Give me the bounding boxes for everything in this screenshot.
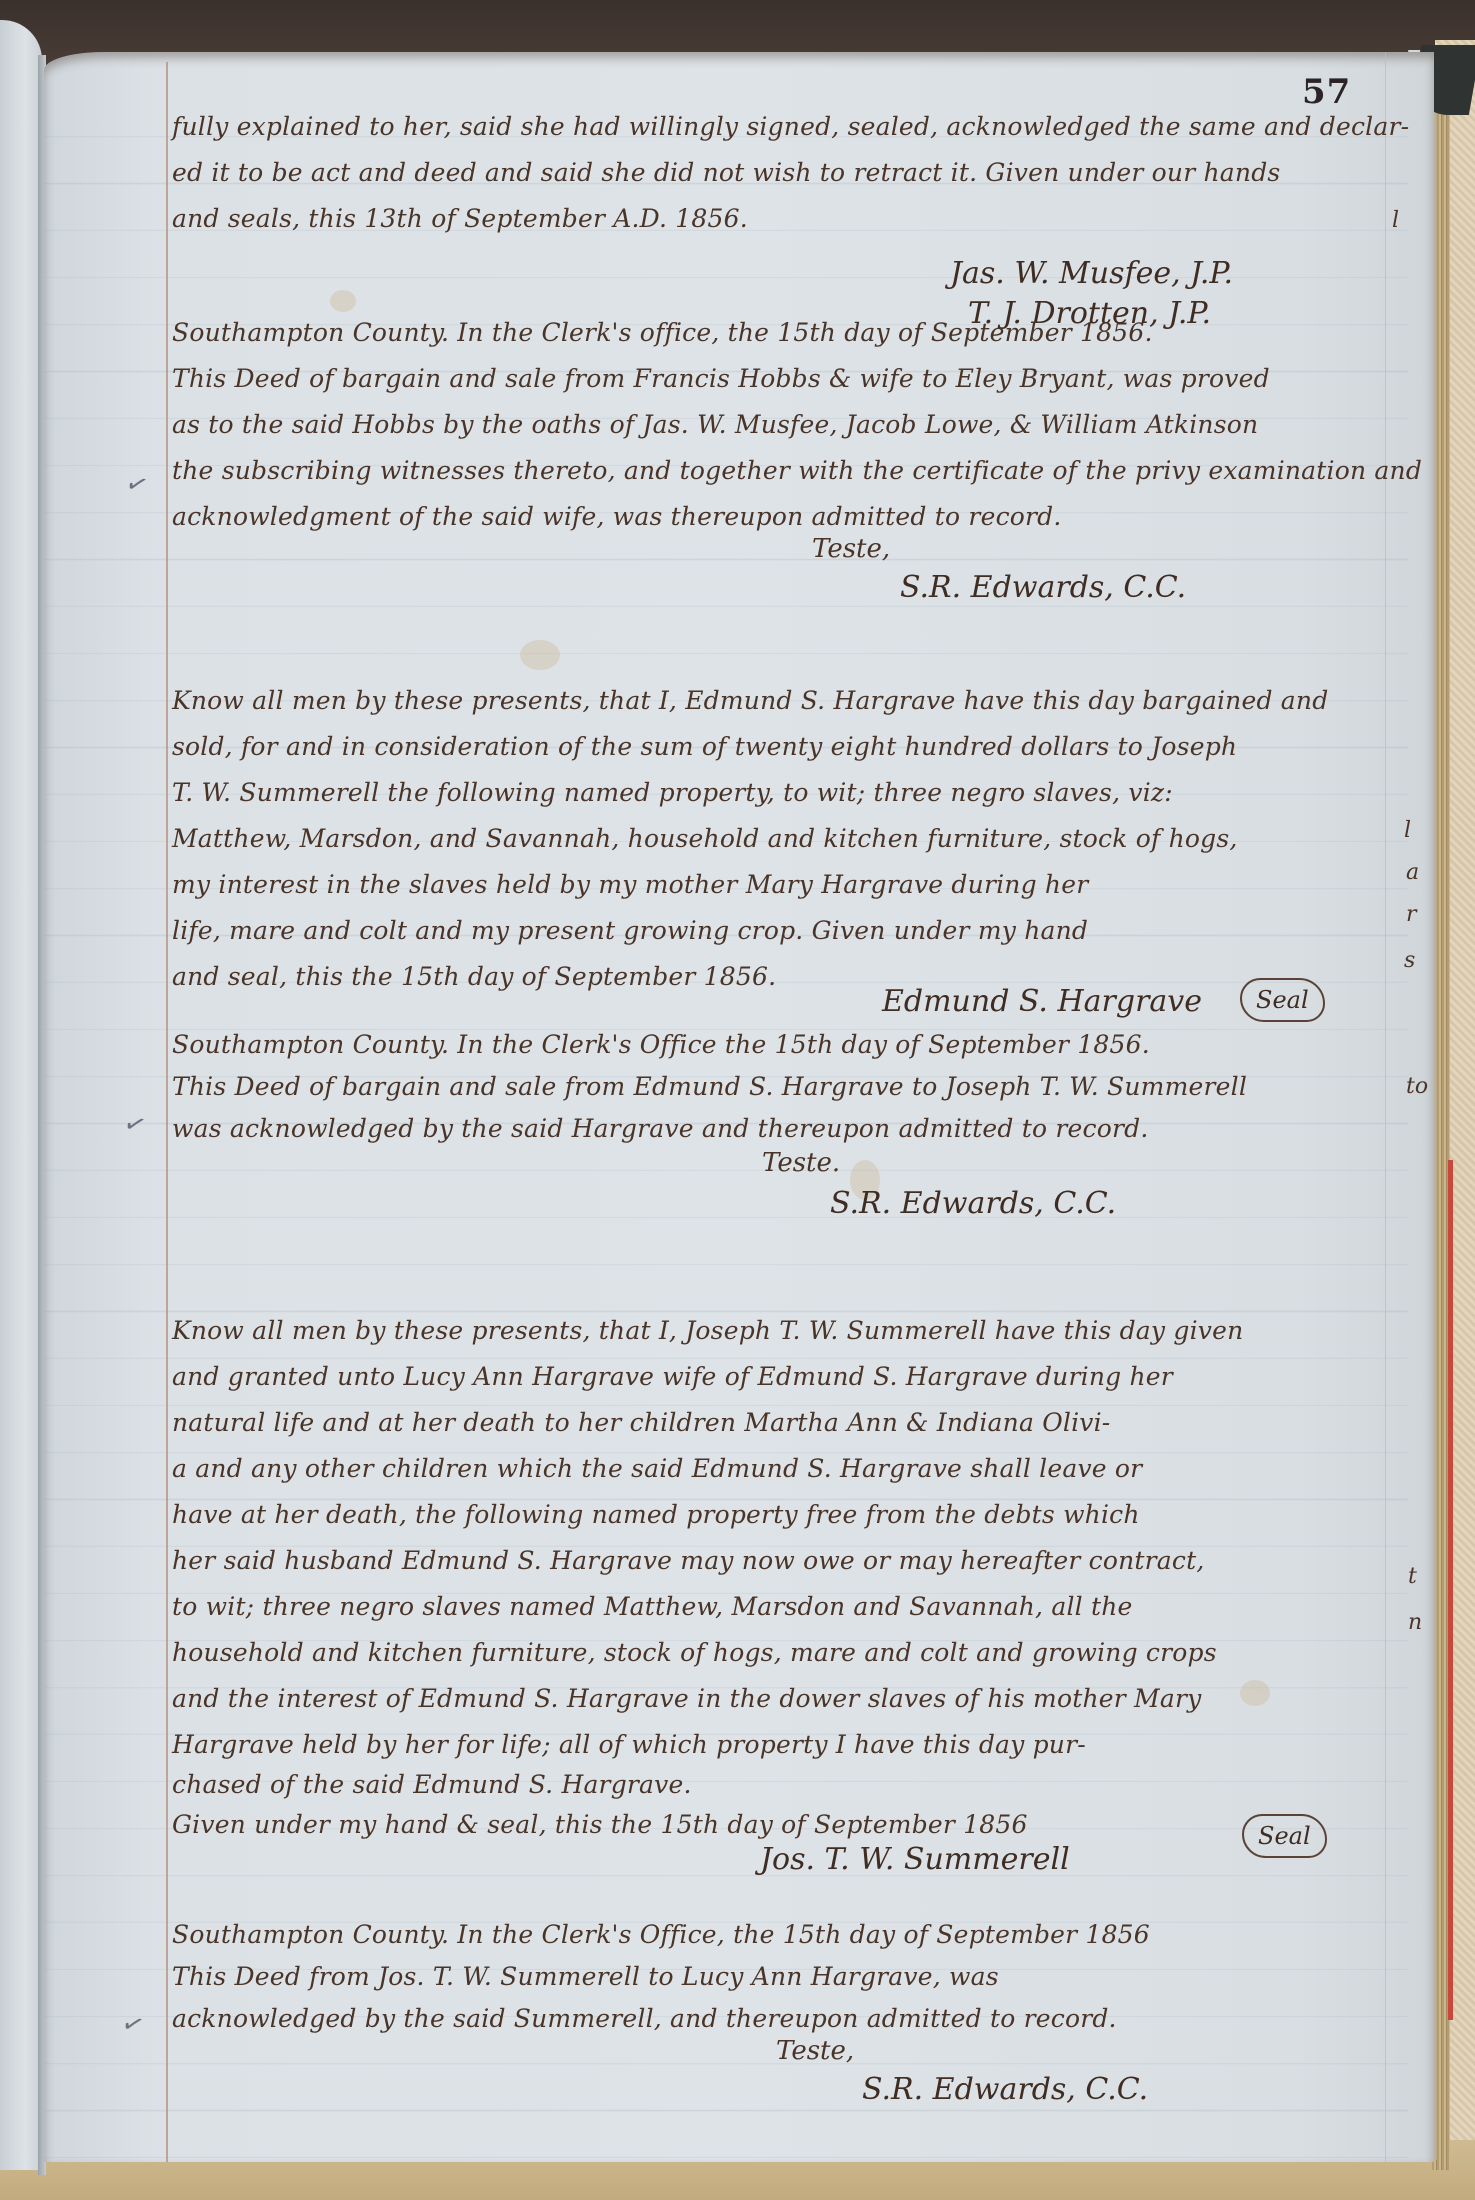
text-line: chased of the said Edmund S. Hargrave. — [172, 1770, 692, 1799]
text-line: fully explained to her, said she had wil… — [172, 112, 1409, 141]
text-line: to wit; three negro slaves named Matthew… — [172, 1592, 1133, 1621]
text-line: This Deed from Jos. T. W. Summerell to L… — [172, 1962, 999, 1991]
signature-grantor: Edmund S. Hargrave — [882, 984, 1202, 1019]
text-line: Hargrave held by her for life; all of wh… — [172, 1730, 1086, 1759]
text-line: household and kitchen furniture, stock o… — [172, 1638, 1217, 1667]
text-line: T. W. Summerell the following named prop… — [172, 778, 1173, 807]
text-line: sold, for and in consideration of the su… — [172, 732, 1237, 761]
text-line: Southampton County. In the Clerk's Offic… — [172, 1920, 1150, 1949]
text-line: Know all men by these presents, that I, … — [172, 1316, 1243, 1345]
margin-note: n — [1408, 1610, 1422, 1635]
text-line: acknowledgment of the said wife, was the… — [172, 502, 1062, 531]
text-line: as to the said Hobbs by the oaths of Jas… — [172, 410, 1258, 439]
text-line: my interest in the slaves held by my mot… — [172, 870, 1088, 899]
text-line: and the interest of Edmund S. Hargrave i… — [172, 1684, 1201, 1713]
text-line: a and any other children which the said … — [172, 1454, 1142, 1483]
right-margin-rule — [1385, 52, 1386, 2162]
teste-label: Teste, — [812, 534, 890, 564]
text-line: natural life and at her death to her chi… — [172, 1408, 1110, 1437]
margin-note: to — [1406, 1074, 1428, 1099]
text-line: life, mare and colt and my present growi… — [172, 916, 1088, 945]
text-line: This Deed of bargain and sale from Franc… — [172, 364, 1270, 393]
text-line: and seals, this 13th of September A.D. 1… — [172, 204, 748, 233]
margin-note: a — [1406, 860, 1419, 885]
page-number: 57 — [1302, 72, 1351, 112]
text-line: This Deed of bargain and sale from Edmun… — [172, 1072, 1247, 1101]
text-line: have at her death, the following named p… — [172, 1500, 1140, 1529]
signature-clerk: S.R. Edwards, C.C. — [830, 1186, 1116, 1221]
text-line: Know all men by these presents, that I, … — [172, 686, 1328, 715]
foxing-stain — [1240, 1680, 1270, 1706]
text-line: acknowledged by the said Summerell, and … — [172, 2004, 1117, 2033]
text-line: Given under my hand & seal, this the 15t… — [172, 1810, 1028, 1839]
text-line: Southampton County. In the Clerk's offic… — [172, 318, 1153, 347]
teste-label: Teste, — [776, 2036, 854, 2066]
seal-mark: Seal — [1242, 1814, 1327, 1858]
margin-note: r — [1406, 902, 1417, 927]
text-line: and granted unto Lucy Ann Hargrave wife … — [172, 1362, 1173, 1391]
text-line: was acknowledged by the said Hargrave an… — [172, 1114, 1149, 1143]
foxing-stain — [520, 640, 560, 670]
signature-grantor: Jos. T. W. Summerell — [760, 1842, 1070, 1877]
facing-page — [0, 20, 42, 2170]
text-line: the subscribing witnesses thereto, and t… — [172, 456, 1422, 485]
text-line: ed it to be act and deed and said she di… — [172, 158, 1280, 187]
red-page-edge — [1448, 1160, 1453, 2020]
margin-note: l — [1392, 208, 1399, 233]
margin-note: t — [1408, 1564, 1417, 1589]
margin-note: l — [1404, 818, 1411, 843]
left-margin-rule — [166, 62, 168, 2162]
text-line: and seal, this the 15th day of September… — [172, 962, 776, 991]
foxing-stain — [330, 290, 356, 312]
seal-mark: Seal — [1240, 978, 1325, 1022]
text-line: Matthew, Marsdon, and Savannah, househol… — [172, 824, 1238, 853]
signature-clerk: S.R. Edwards, C.C. — [900, 570, 1186, 605]
teste-label: Teste. — [762, 1148, 840, 1178]
signature-clerk: S.R. Edwards, C.C. — [862, 2072, 1148, 2107]
text-line: her said husband Edmund S. Hargrave may … — [172, 1546, 1204, 1575]
margin-note: s — [1404, 948, 1415, 973]
text-line: Southampton County. In the Clerk's Offic… — [172, 1030, 1150, 1059]
signature-justice-1: Jas. W. Musfee, J.P. — [950, 256, 1233, 291]
